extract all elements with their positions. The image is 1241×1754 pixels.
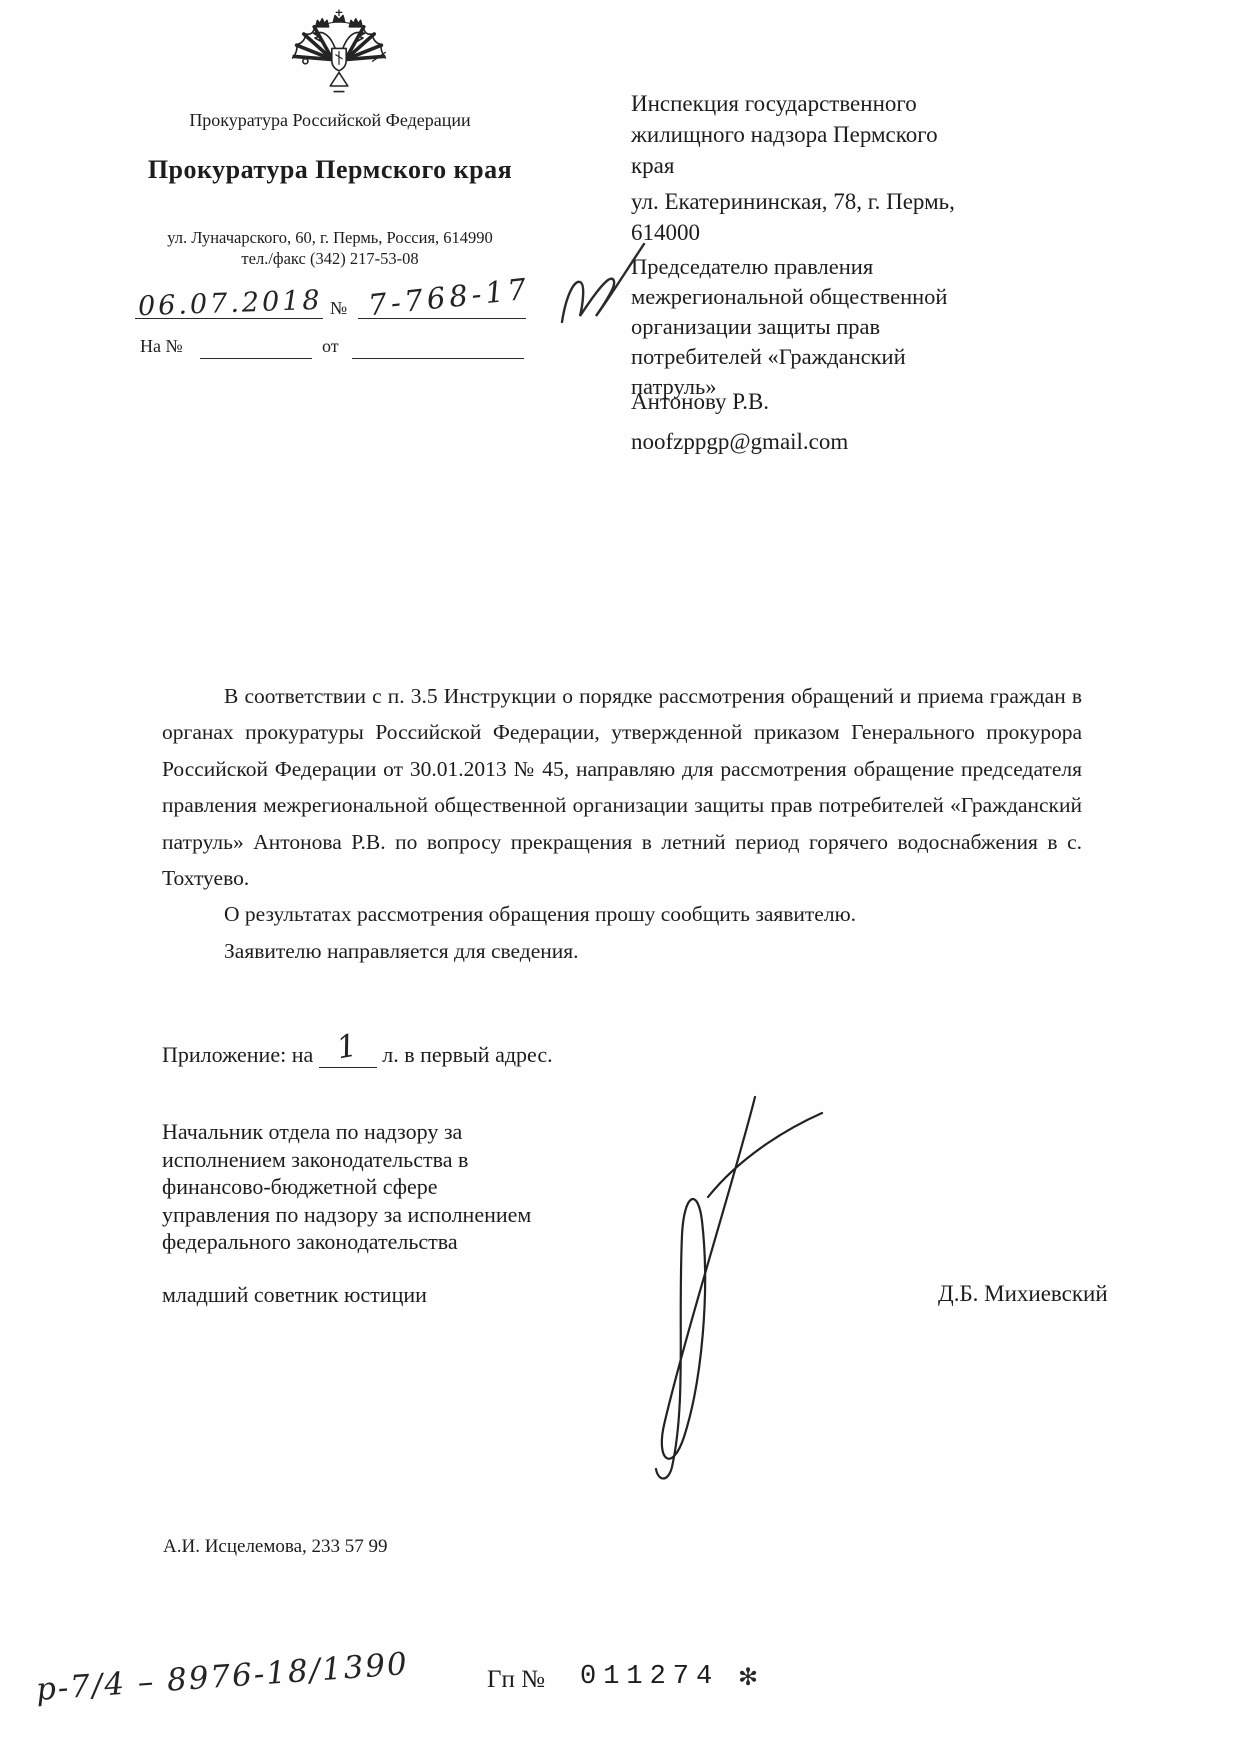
form-series-label: Гп № xyxy=(487,1666,545,1694)
form-asterisk-mark: ✻ xyxy=(738,1663,758,1692)
handwritten-signature-icon xyxy=(590,1095,830,1500)
attachment-suffix: л. в первый адрес. xyxy=(382,1042,552,1067)
ref-number-underline xyxy=(200,358,312,359)
recipient-person-name: Антонову Р.В. xyxy=(631,386,1061,417)
parent-org-title: Прокуратура Российской Федерации xyxy=(0,110,660,131)
ref-date-label: от xyxy=(322,336,339,357)
recipient-inspection-address: ул. Екатерининская, 78, г. Пермь, 614000 xyxy=(631,186,1061,248)
ref-number-label: На № xyxy=(140,336,183,357)
recipient-chairman: Председателю правления межрегиональной о… xyxy=(631,252,1061,402)
letter-body: В соответствии с п. 3.5 Инструкции о пор… xyxy=(162,678,1082,969)
recipient-inspection: Инспекция государственного жилищного над… xyxy=(631,88,1061,181)
body-paragraph-1: В соответствии с п. 3.5 Инструкции о пор… xyxy=(162,678,1082,896)
body-paragraph-3: Заявителю направляется для сведения. xyxy=(162,933,1082,969)
handwritten-date: 06.07.2018 xyxy=(138,285,324,322)
handwritten-sheet-count: 1 xyxy=(334,1028,360,1067)
attachment-count-underline: 1 xyxy=(319,1043,377,1068)
recipient-email: noofzppgp@gmail.com xyxy=(631,426,1061,457)
attachment-line: Приложение: на 1 л. в первый адрес. xyxy=(162,1042,553,1068)
signer-name: Д.Б. Михиевский xyxy=(938,1281,1108,1307)
handwritten-registry-note: р-7/4 – 8976-18/1390 xyxy=(35,1643,456,1708)
signer-rank: младший советник юстиции xyxy=(162,1282,427,1308)
form-number: 011274 xyxy=(580,1662,719,1692)
coat-of-arms-eagle-icon xyxy=(283,8,395,113)
handwritten-checkmark-icon xyxy=(556,238,646,343)
org-title: Прокуратура Пермского края xyxy=(0,155,660,185)
attachment-prefix: Приложение: на xyxy=(162,1042,313,1067)
scanned-letter-page: Прокуратура Российской Федерации Прокура… xyxy=(0,0,1241,1754)
ref-date-underline xyxy=(352,358,524,359)
handwritten-doc-number: 7-768-17 xyxy=(367,272,532,323)
executor-contact: А.И. Исцелемова, 233 57 99 xyxy=(163,1536,388,1558)
signer-position: Начальник отдела по надзору за исполнени… xyxy=(162,1118,632,1256)
body-paragraph-2: О результатах рассмотрения обращения про… xyxy=(162,896,1082,932)
number-sign: № xyxy=(330,298,347,319)
